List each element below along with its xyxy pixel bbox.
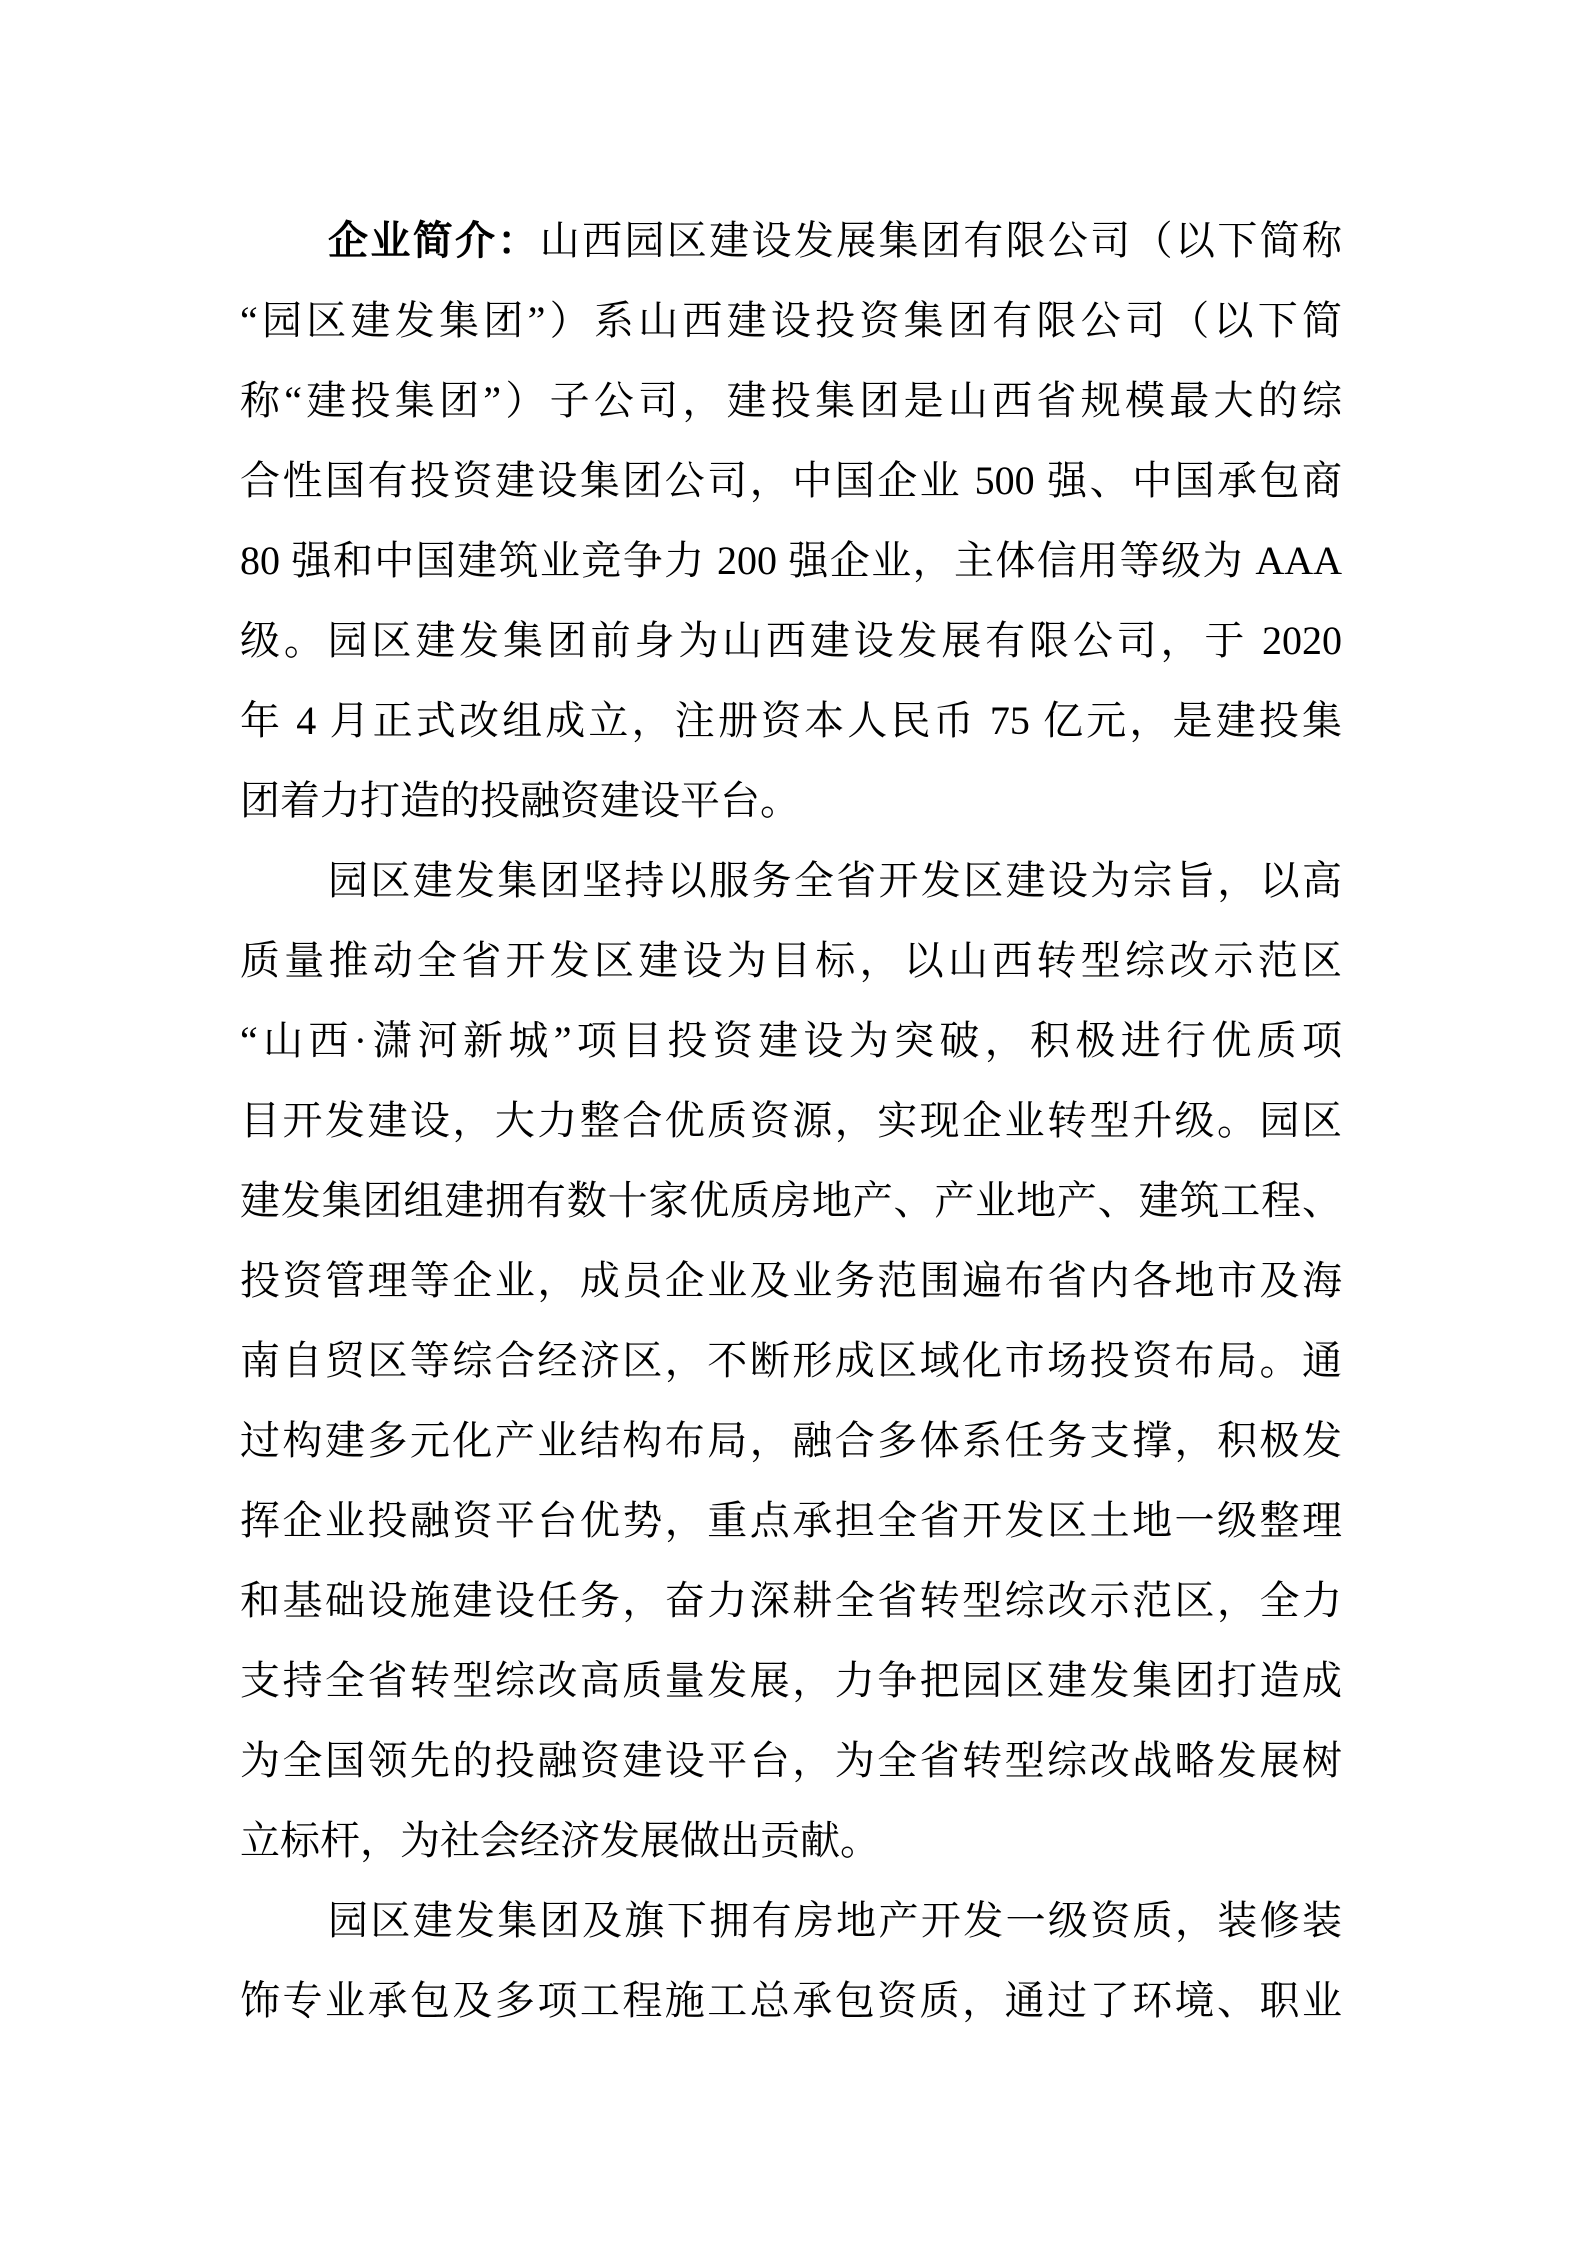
paragraph-qualifications: 园区建发集团及旗下拥有房地产开发一级资质，装修装 饰专业承包及多项工程施工总承包… <box>240 1881 1342 2041</box>
text-line: 80 强和中国建筑业竞争力 200 强企业，主体信用等级为 AAA <box>240 521 1342 601</box>
text-line: 称“建投集团”）子公司，建投集团是山西省规模最大的综 <box>240 361 1342 441</box>
text-line: 年 4 月正式改组成立，注册资本人民币 75 亿元，是建投集 <box>240 681 1342 761</box>
text-line: 挥企业投融资平台优势，重点承担全省开发区土地一级整理 <box>240 1481 1342 1561</box>
text-line: 立标杆，为社会经济发展做出贡献。 <box>240 1801 1342 1881</box>
text-line: 质量推动全省开发区建设为目标，以山西转型综改示范区 <box>240 921 1342 1001</box>
text-line: “山西·潇河新城”项目投资建设为突破，积极进行优质项 <box>240 1001 1342 1081</box>
text-line: 投资管理等企业，成员企业及业务范围遍布省内各地市及海 <box>240 1241 1342 1321</box>
paragraph-mission: 园区建发集团坚持以服务全省开发区建设为宗旨，以高 质量推动全省开发区建设为目标，… <box>240 841 1342 1881</box>
company-intro-bold-label: 企业简介： <box>328 218 540 263</box>
text-line: 园区建发集团及旗下拥有房地产开发一级资质，装修装 <box>240 1881 1342 1961</box>
text-line: 企业简介：山西园区建设发展集团有限公司（以下简称 <box>240 201 1342 281</box>
document-page: { "page": { "background_color": "#ffffff… <box>0 0 1587 2245</box>
text-line: 支持全省转型综改高质量发展，力争把园区建发集团打造成 <box>240 1641 1342 1721</box>
text-line: 团着力打造的投融资建设平台。 <box>240 761 1342 841</box>
paragraph-company-intro: 企业简介：山西园区建设发展集团有限公司（以下简称 “园区建发集团”）系山西建设投… <box>240 201 1342 841</box>
text-line: 饰专业承包及多项工程施工总承包资质，通过了环境、职业 <box>240 1961 1342 2041</box>
text-line: 为全国领先的投融资建设平台，为全省转型综改战略发展树 <box>240 1721 1342 1801</box>
text-body: 企业简介：山西园区建设发展集团有限公司（以下简称 “园区建发集团”）系山西建设投… <box>240 201 1342 2041</box>
text-line: 南自贸区等综合经济区，不断形成区域化市场投资布局。通 <box>240 1321 1342 1401</box>
text-line: 目开发建设，大力整合优质资源，实现企业转型升级。园区 <box>240 1081 1342 1161</box>
text-line: 园区建发集团坚持以服务全省开发区建设为宗旨，以高 <box>240 841 1342 921</box>
text-line: 合性国有投资建设集团公司，中国企业 500 强、中国承包商 <box>240 441 1342 521</box>
text-line: 级。园区建发集团前身为山西建设发展有限公司，于 2020 <box>240 601 1342 681</box>
text-line: 过构建多元化产业结构布局，融合多体系任务支撑，积极发 <box>240 1401 1342 1481</box>
text-line: 建发集团组建拥有数十家优质房地产、产业地产、建筑工程、 <box>240 1161 1342 1241</box>
text-line-content: 山西园区建设发展集团有限公司（以下简称 <box>540 218 1342 263</box>
text-line: 和基础设施建设任务，奋力深耕全省转型综改示范区，全力 <box>240 1561 1342 1641</box>
text-line: “园区建发集团”）系山西建设投资集团有限公司（以下简 <box>240 281 1342 361</box>
